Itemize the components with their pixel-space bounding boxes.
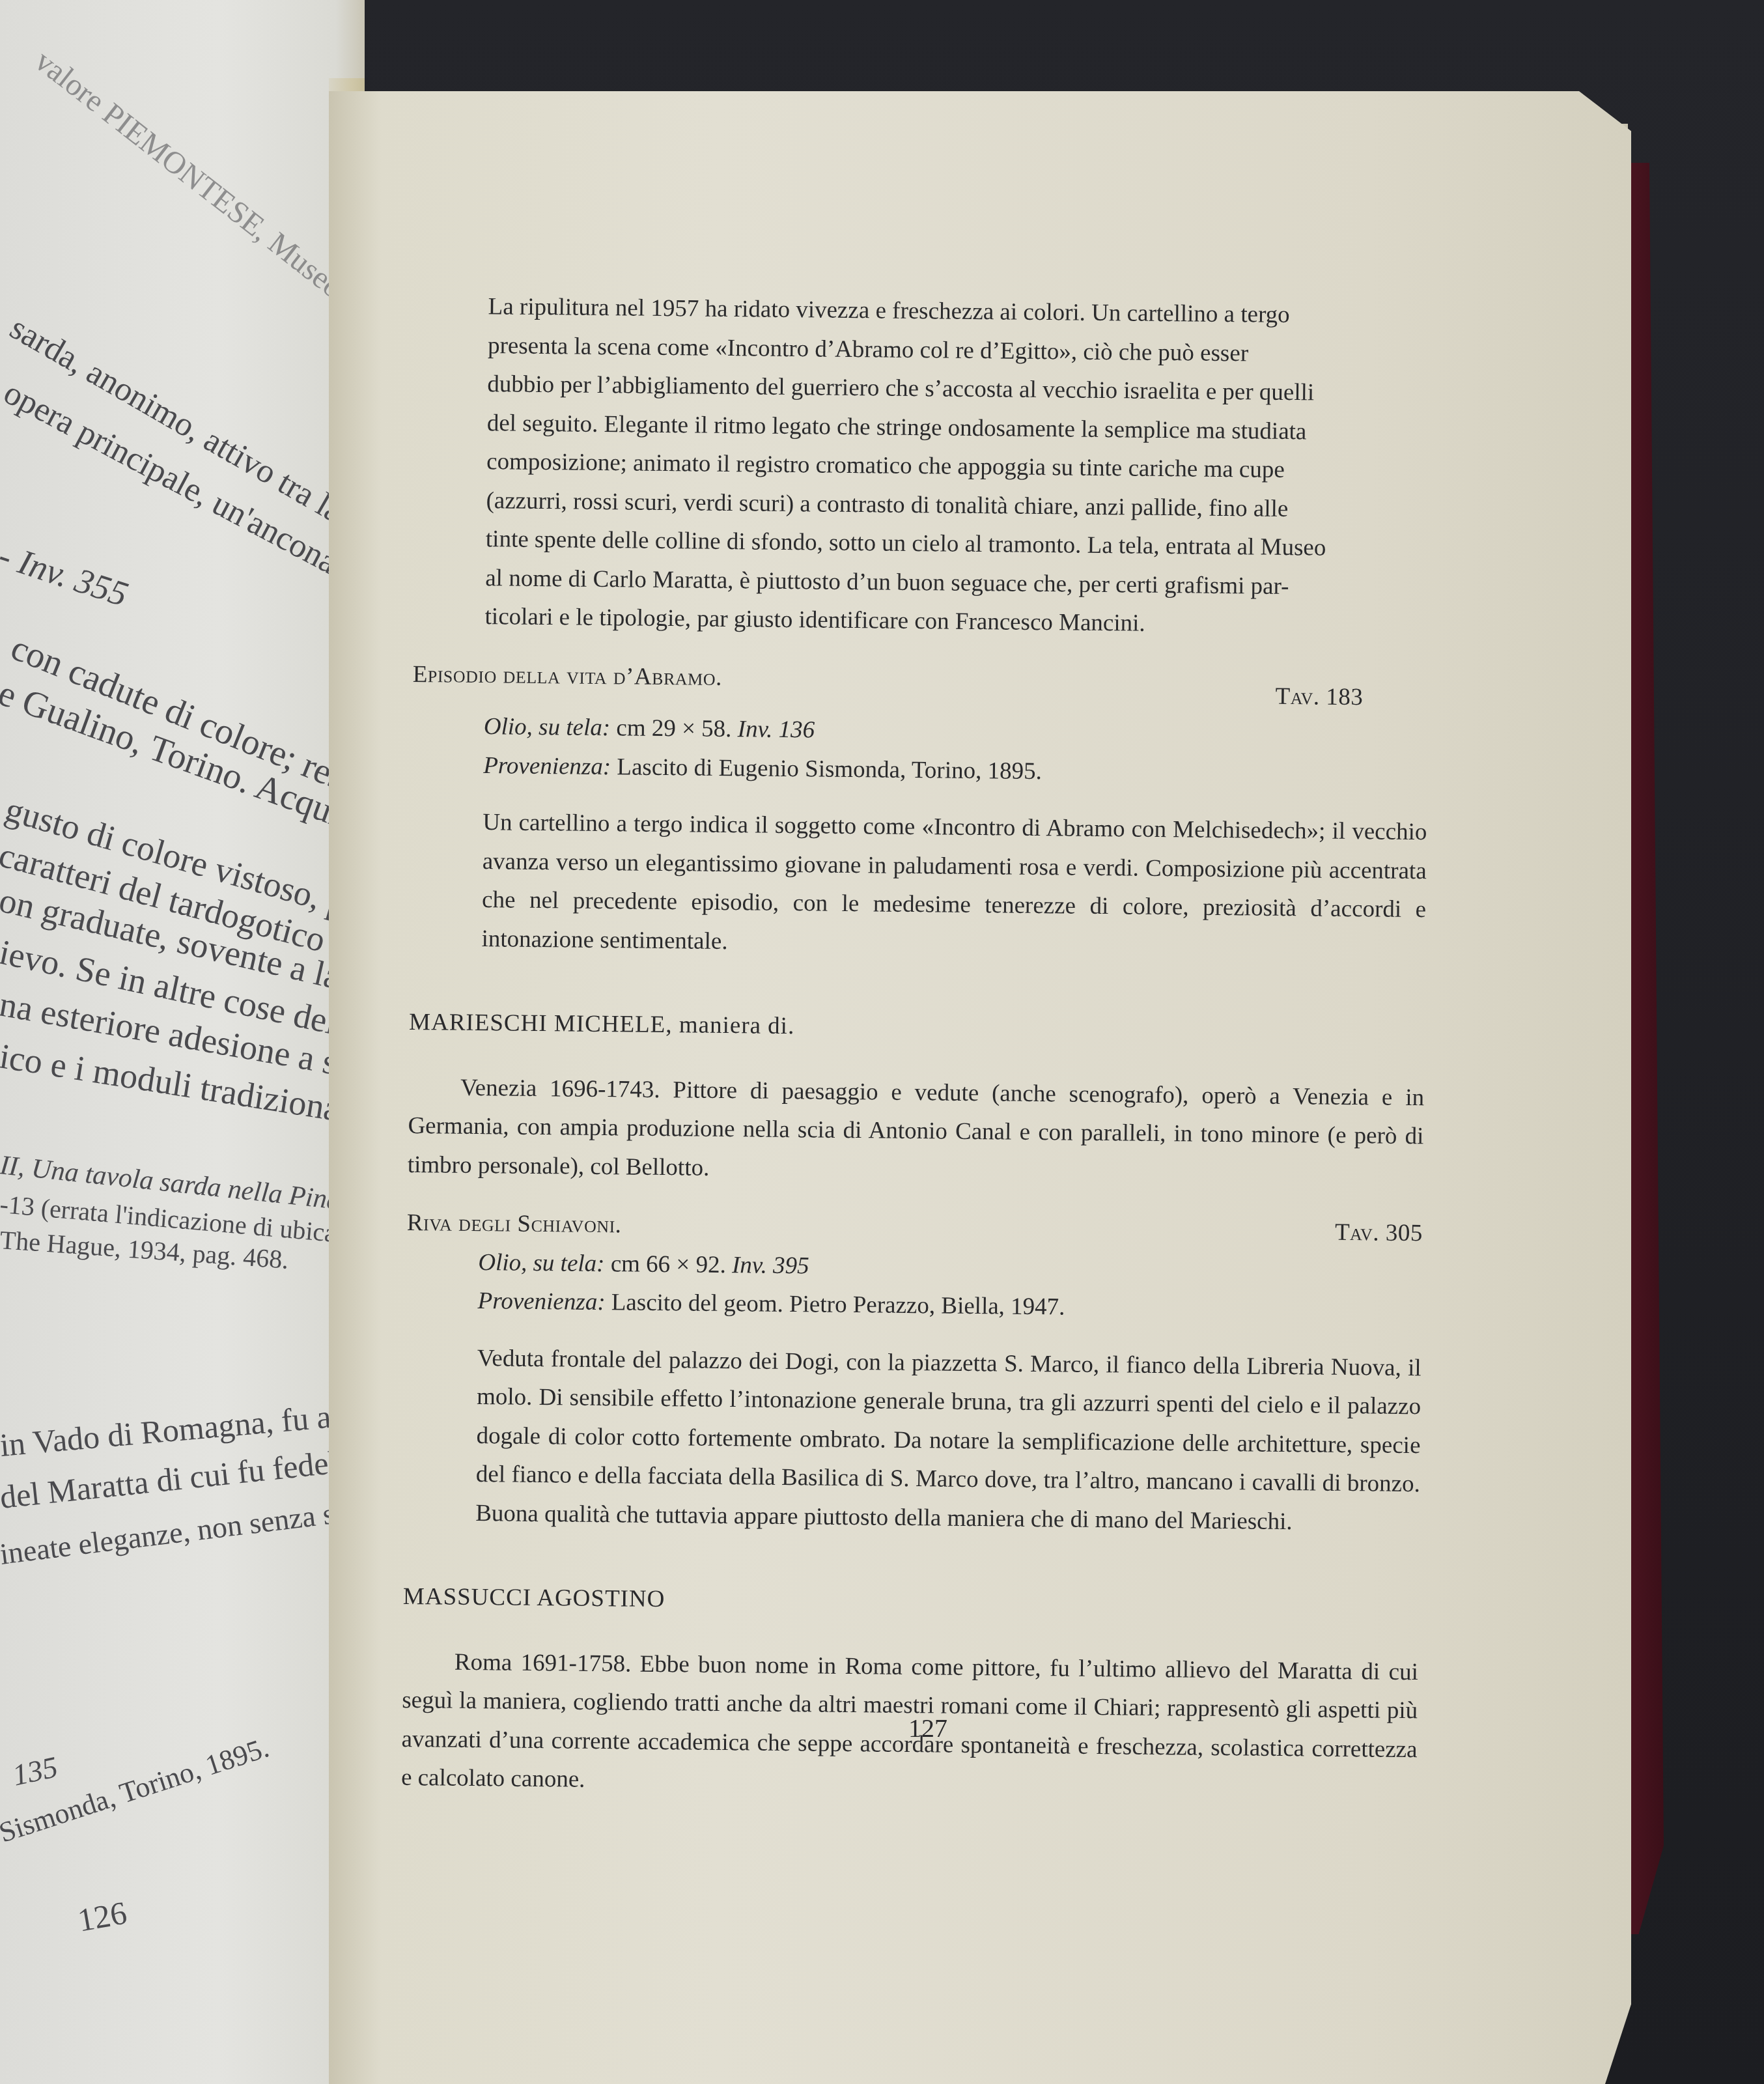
entry-description: Veduta frontale del palazzo dei Dogi, co… bbox=[475, 1339, 1421, 1543]
page-number: 127 bbox=[908, 1713, 947, 1743]
photo-background: valore PIEMONTESE, Museo sarda, anonimo,… bbox=[0, 0, 1764, 2084]
left-fragment: valore PIEMONTESE, Museo bbox=[28, 43, 350, 306]
entry-description: Un cartellino a tergo indica il soggetto… bbox=[481, 803, 1427, 968]
artist-name: MARIESCHI MICHELE bbox=[409, 1009, 666, 1038]
catalog-entry: Episodio della vita d’Abramo. Tav. 183 O… bbox=[410, 655, 1429, 968]
left-fragment: - Inv. 355 bbox=[0, 535, 133, 615]
provenance-label: Provenienza: bbox=[483, 752, 611, 780]
provenance-value: Lascito di Eugenio Sismonda, Torino, 189… bbox=[617, 753, 1042, 785]
left-fragment: 135 bbox=[9, 1749, 61, 1792]
catalog-entry: Riva degli Schiavoni. Tav. 305 Olio, su … bbox=[404, 1204, 1423, 1542]
artist-heading: MARIESCHI MICHELE, maniera di. bbox=[409, 1003, 1425, 1052]
left-page-number: 126 bbox=[75, 1893, 130, 1939]
left-fragment: Sismonda, Torino, 1895. bbox=[0, 1731, 273, 1850]
page-content: La ripulitura nel 1957 ha ridato vivezza… bbox=[401, 287, 1433, 1808]
intro-paragraph: La ripulitura nel 1957 ha ridato vivezza… bbox=[484, 287, 1433, 646]
provenance-label: Provenienza: bbox=[477, 1288, 605, 1316]
entry-title: Episodio della vita d’Abramo. bbox=[412, 655, 722, 709]
entry-title: Riva degli Schiavoni. bbox=[407, 1204, 622, 1245]
inventory-number: Inv. 136 bbox=[738, 716, 815, 743]
artist-bio: Venezia 1696-1743. Pittore di paesaggio … bbox=[408, 1067, 1425, 1194]
book-cover-edge bbox=[1628, 163, 1664, 1934]
left-page: valore PIEMONTESE, Museo sarda, anonimo,… bbox=[0, 0, 365, 2084]
medium-label: Olio, su tela: bbox=[484, 713, 611, 741]
artist-heading: MASSUCCI AGOSTINO bbox=[403, 1577, 1420, 1627]
dimensions: cm 29 × 58. bbox=[616, 714, 731, 742]
dimensions: cm 66 × 92. bbox=[611, 1250, 726, 1278]
provenance-value: Lascito del geom. Pietro Perazzo, Biella… bbox=[611, 1289, 1065, 1320]
medium-label: Olio, su tela: bbox=[478, 1249, 605, 1277]
inventory-number: Inv. 395 bbox=[732, 1252, 809, 1279]
artist-qualifier: , maniera di. bbox=[665, 1011, 794, 1039]
artist-name: MASSUCCI AGOSTINO bbox=[403, 1583, 665, 1612]
plate-number: Tav. 183 bbox=[1275, 677, 1363, 716]
plate-number: Tav. 305 bbox=[1335, 1213, 1423, 1253]
